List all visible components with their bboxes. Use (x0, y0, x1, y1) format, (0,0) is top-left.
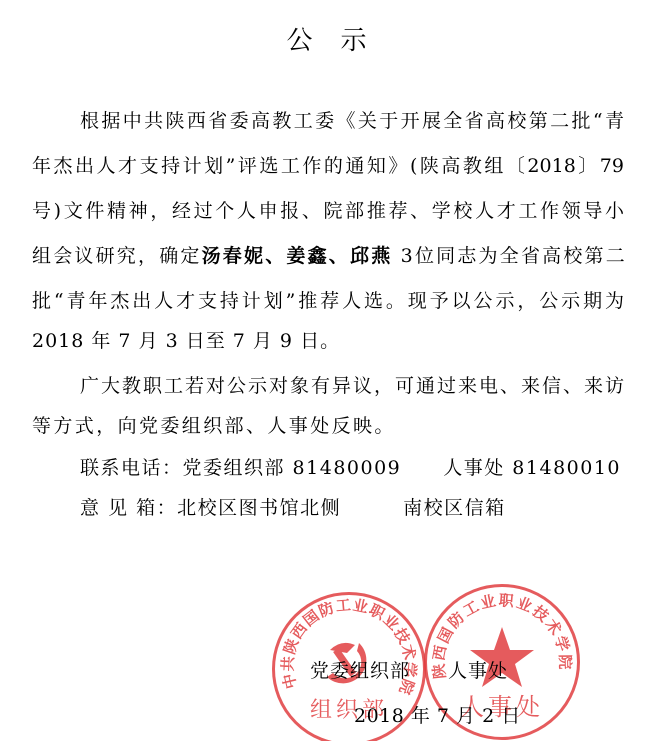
phone-org1: 党委组织部 81480009 (183, 457, 402, 479)
contact-phone-row: 联系电话：党委组织部 81480009人事处 81480010 (80, 455, 624, 481)
signature-org2: 人事处 (448, 658, 508, 684)
signature-org1: 党委组织部 (310, 658, 410, 684)
contact-box-row: 意 见 箱：北校区图书馆北侧南校区信箱 (80, 495, 624, 521)
p1-line-2: 年杰出人才支持计划”评选工作的通知》(陕高教组〔2018〕79 (32, 153, 624, 179)
p2-line-2: 等方式，向党委组织部、人事处反映。 (32, 413, 624, 439)
p1-line-1: 根据中共陕西省委高教工委《关于开展全省高校第二批“青 (80, 108, 624, 134)
title-char-2: 示 (341, 20, 367, 57)
phone-org2: 人事处 81480010 (443, 457, 621, 479)
p1-line-4: 组会议研究，确定汤春妮、姜鑫、邱燕 3位同志为全省高校第二 (32, 243, 624, 269)
notice-title: 公示 (0, 20, 653, 57)
box-label: 意 见 箱： (80, 497, 177, 519)
title-char-1: 公 (286, 20, 312, 57)
p1-line-4-post: 3位同志为全省高校第二 (392, 245, 627, 267)
p1-line-5: 批“青年杰出人才支持计划”推荐人选。现予以公示，公示期为 (32, 288, 624, 314)
p1-line-4-pre: 组会议研究，确定 (32, 245, 202, 267)
phone-label: 联系电话： (80, 457, 183, 479)
signature-date: 2018 年 7 月 2 日 (354, 703, 521, 729)
box-loc2: 南校区信箱 (403, 497, 506, 519)
candidate-names: 汤春妮、姜鑫、邱燕 (202, 245, 393, 267)
box-loc1: 北校区图书馆北侧 (177, 497, 341, 519)
p1-line-6: 2018 年 7 月 3 日至 7 月 9 日。 (32, 328, 624, 354)
p2-line-1: 广大教职工若对公示对象有异议，可通过来电、来信、来访 (80, 373, 624, 399)
p1-line-3: 号)文件精神，经过个人申报、院部推荐、学校人才工作领导小 (32, 198, 624, 224)
